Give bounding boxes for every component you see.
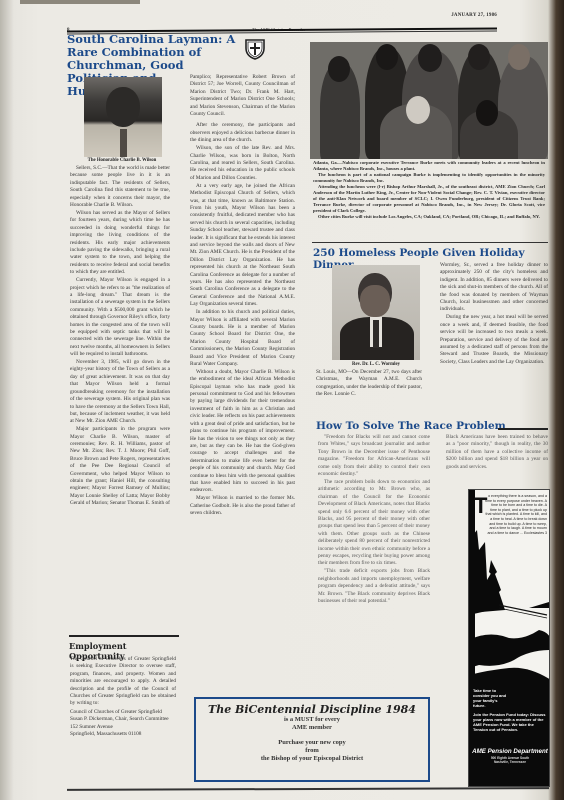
homeless-column-2: Wormley, Sr., served a free holiday dinn…	[440, 262, 548, 367]
paragraph: Wormley, Sr., served a free holiday dinn…	[440, 262, 548, 314]
paragraph: Black Americans have been trained to beh…	[446, 434, 548, 471]
wilson-photo	[84, 77, 162, 157]
bicentennial-discipline-ad: The BiCentennial Discipline 1984 is a MU…	[194, 697, 430, 782]
cross-shield-icon	[244, 38, 266, 60]
paragraph: After the ceremony, the participants and…	[190, 122, 295, 144]
paragraph: Attending the luncheon were (l-r) Bishop…	[313, 184, 545, 214]
race-headline: How To Solve The Race Problem	[316, 420, 506, 432]
paragraph: Other cities Burke will visit include Lo…	[313, 214, 545, 220]
race-column-2: Black Americans have been trained to beh…	[446, 434, 548, 472]
paragraph: Atlanta, Ga.—Nabisco corporate executive…	[313, 160, 545, 172]
issue-date: JANUARY 27, 1986	[451, 13, 497, 18]
pension-department-name: AME Pension Department	[471, 748, 549, 755]
address-line: Susan P. Dickerman, Chair, Search Commit…	[70, 716, 176, 723]
paragraph: Without a doubt, Mayor Charlie B. Wilson…	[190, 369, 295, 495]
headline-rule	[498, 428, 548, 430]
employment-body: The Council of Churches of Greater Sprin…	[70, 656, 176, 738]
homeless-column-1: St. Louis, MO—On December 27, two days a…	[316, 369, 422, 399]
paragraph: Sellers, S.C.—That the world is made bet…	[70, 165, 170, 209]
paragraph: The race problem boils down to economics…	[318, 479, 430, 568]
nabisco-caption: Atlanta, Ga.—Nabisco corporate executive…	[313, 160, 545, 220]
ad-line: the Bishop of your Episcopal District	[196, 755, 428, 763]
section-rule	[312, 242, 548, 243]
wilson-column-1: Sellers, S.C.—That the world is made bet…	[70, 165, 170, 508]
pension-ad-copy: Take time to consider you and your famil…	[473, 688, 549, 732]
address-line: Council of Churches of Greater Springfie…	[70, 709, 176, 716]
ad-line: from	[196, 747, 428, 755]
paragraph: During the new year, a hot meal will be …	[440, 314, 548, 366]
wilson-column-2: Pamplico; Representative Robert Brown of…	[190, 74, 295, 518]
paragraph: In addition to his church and political …	[190, 309, 295, 368]
ad-line: is a MUST for every	[196, 716, 428, 724]
employment-address: Council of Churches of Greater Springfie…	[70, 709, 176, 739]
pension-ad-text: Take time to consider you and your famil…	[473, 688, 509, 708]
nabisco-group-photo	[310, 42, 548, 159]
address-line: Nashville, Tennessee	[471, 760, 549, 764]
paragraph: November 3, 1985, will go down in the ei…	[70, 359, 170, 426]
pension-ad: T o everything there is a season, and a …	[468, 489, 550, 787]
paragraph: "This trade deficit exports jobs from Bl…	[318, 568, 430, 605]
running-header: 8 The AME Christian Recorder JANUARY 27,…	[67, 8, 497, 20]
paragraph: The Council of Churches of Greater Sprin…	[70, 656, 176, 708]
paragraph: The luncheon is part of a national campa…	[313, 172, 545, 184]
address-line: 152 Sumner Avenue	[70, 724, 176, 731]
paragraph: Currently, Mayor Wilson is engaged in a …	[70, 277, 170, 358]
wilson-photo-caption: The Honorable Charlie B. Wilson	[72, 158, 172, 163]
paragraph: At a very early age, he joined the Afric…	[190, 183, 295, 309]
paragraph: "Freedom for Blacks will not and cannot …	[318, 434, 430, 478]
footer-rule	[67, 787, 549, 791]
employment-rule	[69, 635, 179, 637]
pension-department-address: 500 Eighth Avenue South Nashville, Tenne…	[471, 756, 549, 764]
ad-line: AME member	[196, 724, 428, 732]
wormley-photo-caption: Rev. Dr. L. C. Wormley	[330, 362, 422, 367]
page-edge-shadow	[20, 0, 140, 4]
paragraph: Wilson has served as the Mayor of Seller…	[70, 210, 170, 277]
ecclesiastes-quote: o everything there is a season, and a ti…	[485, 494, 547, 535]
ad-line: Purchase your new copy	[196, 739, 428, 747]
paragraph: Major participants in the program were M…	[70, 426, 170, 507]
paragraph: Wilson, the son of the late Rev. and Mrs…	[190, 145, 295, 182]
race-column-1: "Freedom for Blacks will not and cannot …	[318, 434, 430, 606]
wormley-photo	[332, 265, 420, 360]
paragraph: Pamplico; Representative Robert Brown of…	[190, 74, 295, 118]
paragraph: St. Louis, MO—On December 27, two days a…	[316, 369, 422, 399]
paragraph: Mayor Wilson is married to the former Ms…	[190, 495, 295, 517]
pension-ad-text: Join the Pension Fund today: Discuss you…	[473, 712, 549, 732]
ad-title: The BiCentennial Discipline 1984	[196, 703, 428, 716]
address-line: Springfield, Massachusetts 01108	[70, 731, 176, 738]
